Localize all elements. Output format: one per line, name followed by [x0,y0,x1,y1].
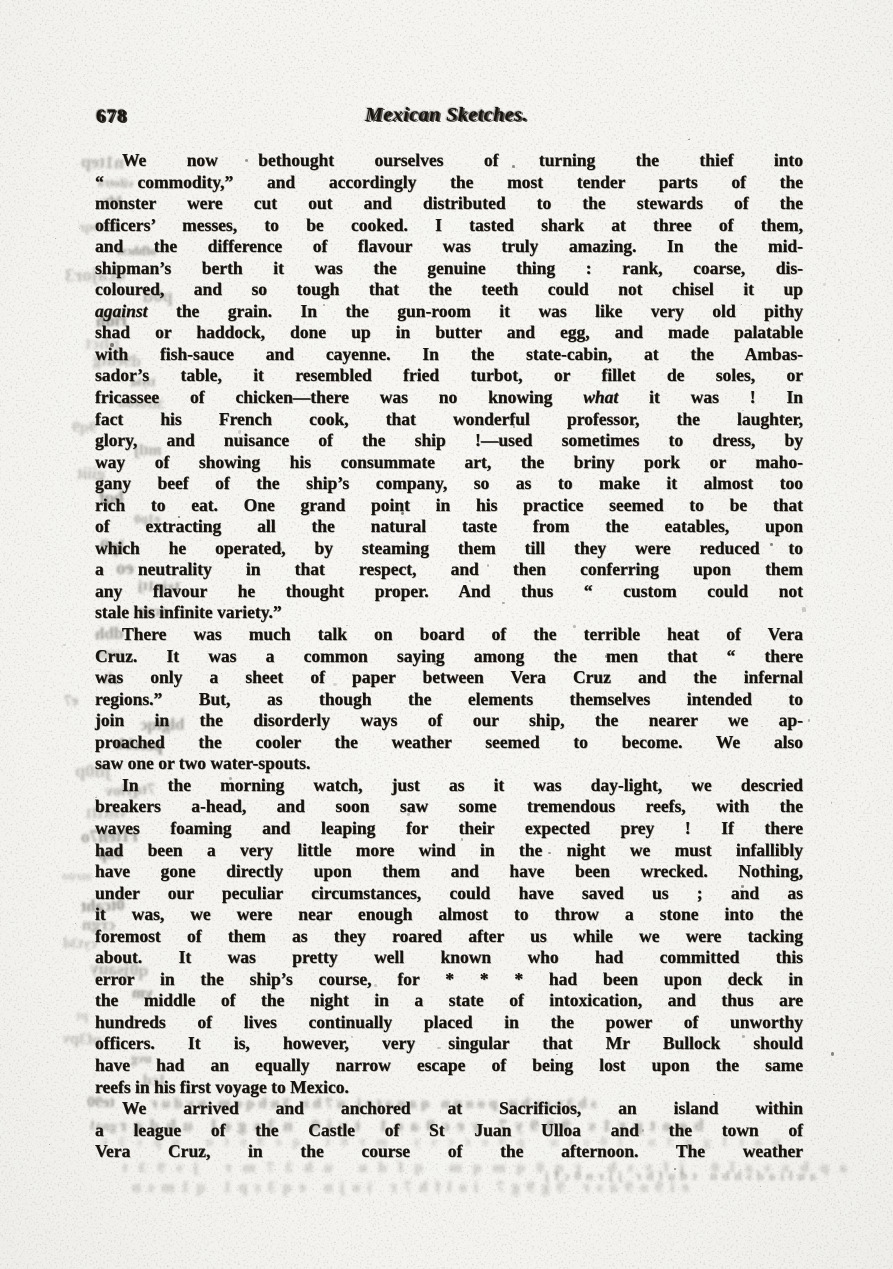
running-title: Mexican Sketches. [0,104,893,127]
text-line: We arrived and anchored at Sacrificios, … [95,1098,803,1120]
text-line: have had an equally narrow escape of bei… [95,1055,803,1077]
text-line: officers. It is, however, very singular … [95,1033,803,1055]
text-line: had been a very little more wind in the … [95,840,803,862]
text-line: fricassee of chicken—there was no knowin… [95,387,803,409]
text-line: join in the disorderly ways of our ship,… [95,710,803,732]
text-line: stale his infinite variety.” [95,602,803,624]
page-text: We now bethought ourselves of turning th… [95,150,803,1163]
ink-speck [823,283,825,286]
text-line: Vera Cruz, in the course of the afternoo… [95,1141,803,1163]
text-line: which he operated, by steaming them till… [95,538,803,560]
ink-speck [75,923,76,925]
text-line: the middle of the night in a state of in… [95,990,803,1012]
text-line: with fish-sauce and cayenne. In the stat… [95,344,803,366]
text-line: under our peculiar circumstances, could … [95,883,803,905]
ink-smudge: ei9o9asr 9g9g7 iolfh7r iojn eq3sp1 q1msn [125,1179,689,1197]
text-line: We now bethought ourselves of turning th… [95,150,803,172]
text-line: There was much talk on board of the terr… [95,624,803,646]
ink-speck [831,1052,834,1055]
paragraph: We arrived and anchored at Sacrificios, … [95,1098,803,1163]
ink-speck [760,1186,761,1187]
text-line: against the grain. In the gun-room it wa… [95,301,803,323]
text-line: regions.” But, as though the elements th… [95,689,803,711]
ink-smudge: pt [75,1008,87,1024]
text-line: Cruz. It was a common saying among the m… [95,646,803,668]
text-line: coloured, and so tough that the teeth co… [95,279,803,301]
text-line: “ commodity,” and accordingly the most t… [95,172,803,194]
text-line: a league of the Castle of St Juan Ulloa … [95,1120,803,1142]
ink-smudge: auliadshbn tdufhr jjrn0cfj [540,1168,816,1184]
text-line: breakers a-head, and soon saw some treme… [95,796,803,818]
ink-speck [49,1144,51,1145]
ink-speck [55,238,56,239]
text-line: shipman’s berth it was the genuine thing… [95,258,803,280]
ink-speck [838,339,840,341]
text-line: way of showing his consummate art, the b… [95,452,803,474]
text-line: fact his French cook, that wonderful pro… [95,409,803,431]
text-line: any flavour he thought proper. And thus … [95,581,803,603]
paragraph: We now bethought ourselves of turning th… [95,150,803,624]
page-header: 678 Mexican Sketches. [0,104,893,134]
text-line: have gone directly upon them and have be… [95,861,803,883]
text-line: shad or haddock, done up in butter and e… [95,322,803,344]
text-line: gany beef of the ship’s company, so as t… [95,473,803,495]
ink-smudge: 9q9 [72,419,97,437]
paragraph: In the morning watch, just as it was day… [95,775,803,1098]
text-line: a neutrality in that respect, and then c… [95,559,803,581]
text-line: glory, and nuisance of the ship !—used s… [95,430,803,452]
ink-speck [63,644,66,646]
text-line: proached the cooler the weather seemed t… [95,732,803,754]
text-line: hundreds of lives continually placed in … [95,1012,803,1034]
text-line: and the difference of flavour was truly … [95,236,803,258]
text-line: reefs in his first voyage to Mexico. [95,1077,803,1099]
ink-smudge: mruo [62,869,92,884]
text-line: was only a sheet of paper between Vera C… [95,667,803,689]
text-line: about. It was pretty well known who had … [95,947,803,969]
text-line: monster were cut out and distributed to … [95,193,803,215]
text-line: of extracting all the natural taste from… [95,516,803,538]
text-line: sador’s table, it resembled fried turbot… [95,365,803,387]
text-line: foremost of them as they roared after us… [95,926,803,948]
ink-speck [79,228,80,229]
scanned-page: n1tepvifotrabfyinbbqrofhhcstdcajor3p0dri… [0,0,893,1269]
ink-speck [831,802,833,804]
text-line: rich to eat. One grand point in his prac… [95,495,803,517]
ink-speck [808,719,810,721]
ink-speck [688,139,690,140]
text-line: In the morning watch, just as it was day… [95,775,803,797]
text-line: saw one or two water-spouts. [95,753,803,775]
text-line: error in the ship’s course, for * * * ha… [95,969,803,991]
text-line: it was, we were near enough almost to th… [95,904,803,926]
text-line: waves foaming and leaping for their expe… [95,818,803,840]
text-line: officers’ messes, to be cooked. I tasted… [95,215,803,237]
paragraph: There was much talk on board of the terr… [95,624,803,775]
ink-smudge: e7 [64,693,79,711]
ink-smudge: cyt3d [63,935,97,953]
ink-speck [674,1168,675,1170]
